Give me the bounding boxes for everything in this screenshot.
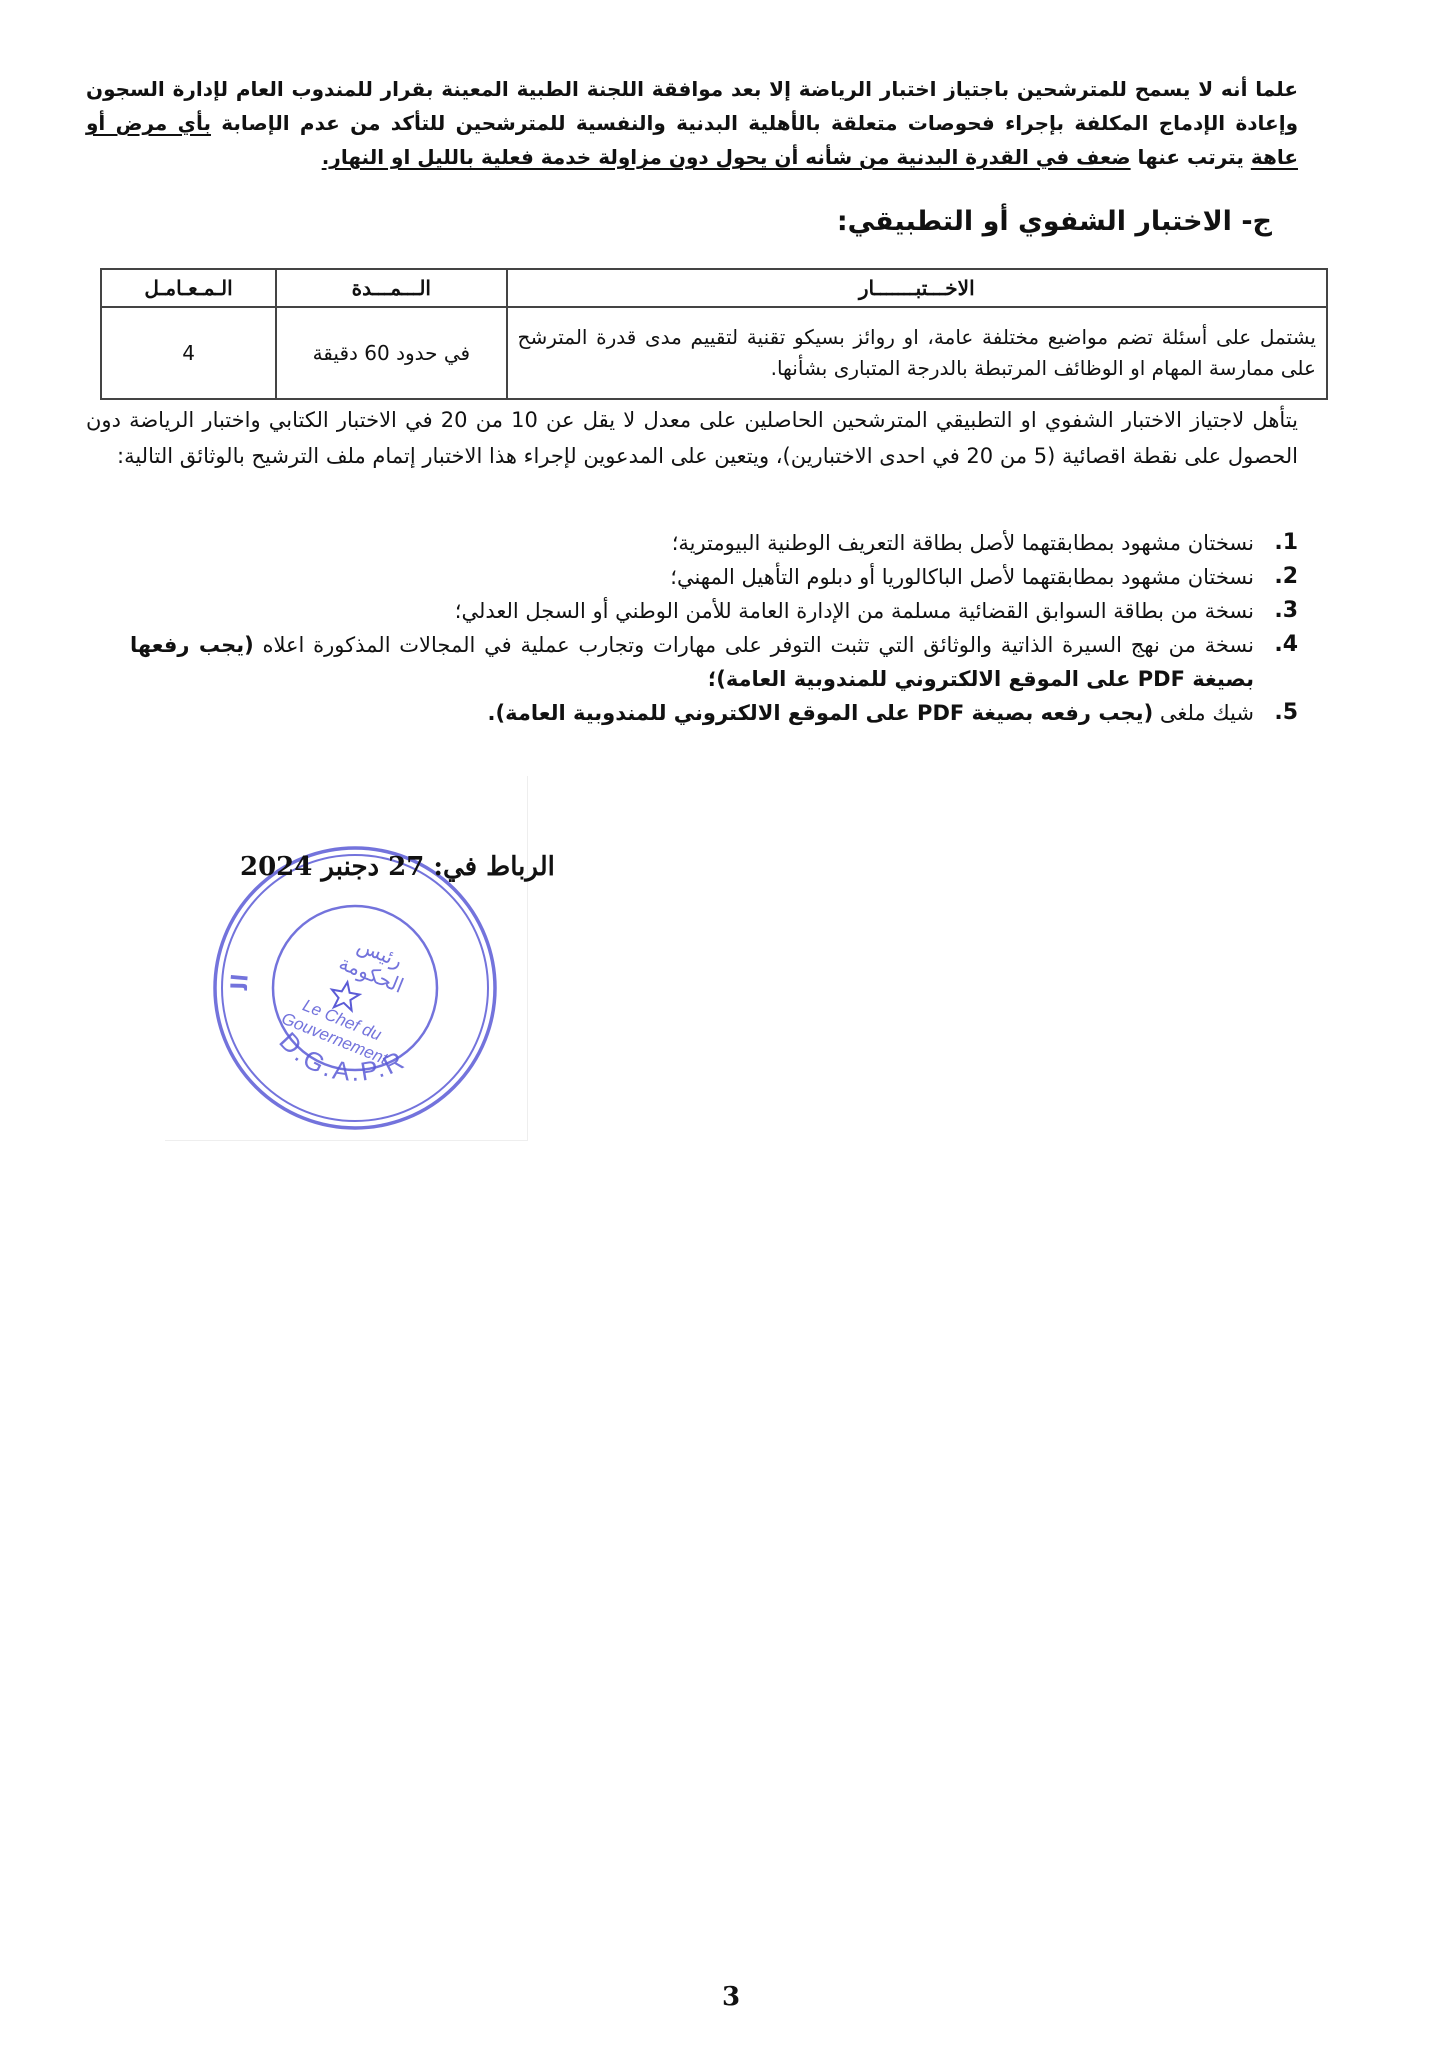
- list-item: 5. شيك ملغى (يجب رفعه بصيغة PDF على المو…: [130, 696, 1298, 730]
- star-icon: [329, 980, 361, 1011]
- header-test: الاخـــتبـــــــار: [507, 269, 1327, 307]
- list-item: 1. نسختان مشهود بمطابقتهما لأصل بطاقة ال…: [130, 526, 1298, 560]
- table-row: يشتمل على أسئلة تضم مواضيع مختلفة عامة، …: [101, 307, 1327, 399]
- cell-test-description: يشتمل على أسئلة تضم مواضيع مختلفة عامة، …: [507, 307, 1327, 399]
- exam-table-header-row: الاخـــتبـــــــار الـــمـــدة الـمـعـام…: [101, 269, 1327, 307]
- document-page: علما أنه لا يسمح للمترشحين باجتياز اختبا…: [0, 0, 1448, 2048]
- cell-coefficient: 4: [101, 307, 276, 399]
- list-item-number: 4.: [1274, 628, 1298, 662]
- intro-text-1: علما أنه لا يسمح للمترشحين باجتياز اختبا…: [86, 77, 1298, 135]
- header-duration: الـــمـــدة: [276, 269, 506, 307]
- list-item-number: 3.: [1274, 594, 1298, 628]
- list-item: 4. نسخة من نهج السيرة الذاتية والوثائق ا…: [130, 628, 1298, 696]
- list-item: 3. نسخة من بطاقة السوابق القضائية مسلمة …: [130, 594, 1298, 628]
- list-item-text: نسخة من نهج السيرة الذاتية والوثائق التي…: [254, 633, 1254, 657]
- header-coefficient: الـمـعـامـل: [101, 269, 276, 307]
- signature-date: الرباط في: 27 دجنبر 2024: [240, 852, 555, 882]
- intro-text-2: يترتب عنها: [1131, 145, 1251, 169]
- cell-duration: في حدود 60 دقيقة: [276, 307, 506, 399]
- list-item-number: 1.: [1274, 526, 1298, 560]
- list-item-text: شيك ملغى: [1153, 701, 1254, 725]
- list-item-text: نسخة من بطاقة السوابق القضائية مسلمة من …: [455, 599, 1254, 623]
- page-number: 3: [722, 1982, 740, 2012]
- qualification-conditions-paragraph: يتأهل لاجتياز الاختبار الشفوي او التطبيق…: [86, 402, 1298, 474]
- official-stamp: المندوبية العامة لإدارة السجون وإعادة ال…: [205, 838, 505, 1138]
- list-item-text: نسختان مشهود بمطابقتهما لأصل الباكالوريا…: [670, 565, 1254, 589]
- section-title-oral-exam: ج- الاختبار الشفوي أو التطبيقي:: [837, 206, 1272, 237]
- medical-approval-paragraph: علما أنه لا يسمح للمترشحين باجتياز اختبا…: [86, 72, 1298, 174]
- list-item-text: نسختان مشهود بمطابقتهما لأصل بطاقة التعر…: [672, 531, 1254, 555]
- list-item-upload-note: (يجب رفعه بصيغة PDF على الموقع الالكترون…: [488, 701, 1154, 725]
- intro-underlined-weakness: ضعف في القدرة البدنية من شأنه أن يحول دو…: [322, 145, 1131, 169]
- list-item-number: 5.: [1274, 696, 1298, 730]
- list-item-number: 2.: [1274, 560, 1298, 594]
- list-item: 2. نسختان مشهود بمطابقتهما لأصل الباكالو…: [130, 560, 1298, 594]
- exam-table: الاخـــتبـــــــار الـــمـــدة الـمـعـام…: [100, 268, 1328, 400]
- required-documents-list: 1. نسختان مشهود بمطابقتهما لأصل بطاقة ال…: [130, 526, 1298, 730]
